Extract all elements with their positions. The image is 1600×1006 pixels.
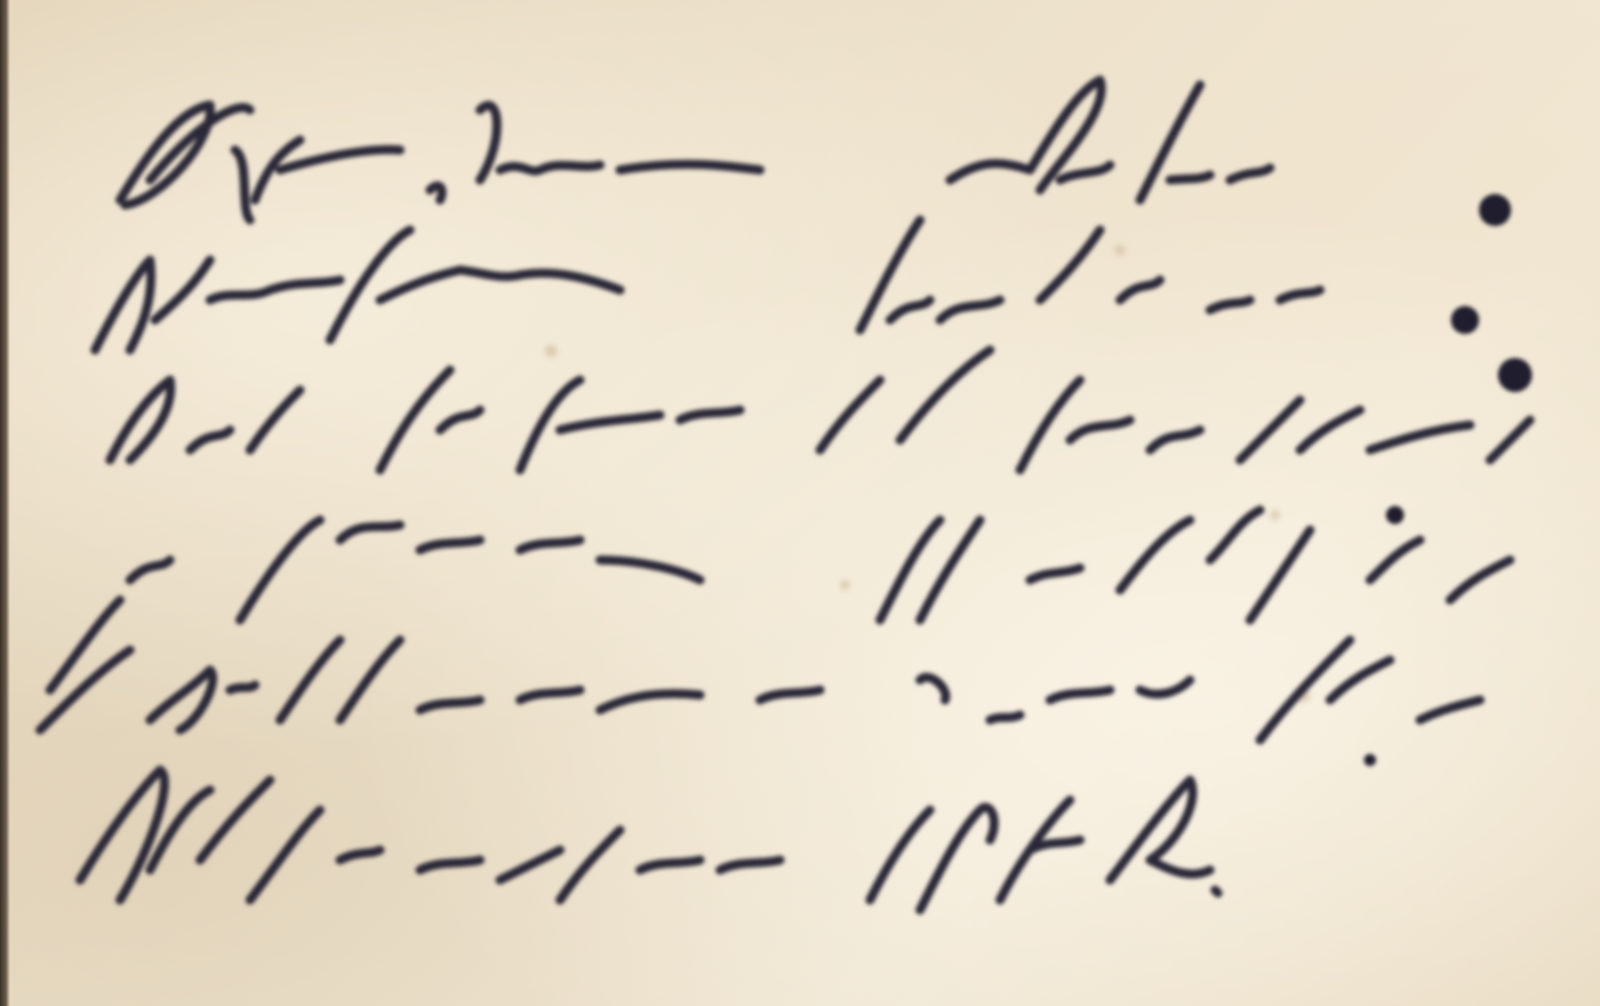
ink-line-2 <box>95 230 620 350</box>
ink-line-3 <box>110 350 990 470</box>
ink-year-1872 <box>870 780 1218 910</box>
ink-line-5 <box>40 640 820 730</box>
ink-line-6 <box>80 770 780 900</box>
ink-line-1 <box>120 105 760 220</box>
handwriting-ink <box>0 0 1600 1006</box>
